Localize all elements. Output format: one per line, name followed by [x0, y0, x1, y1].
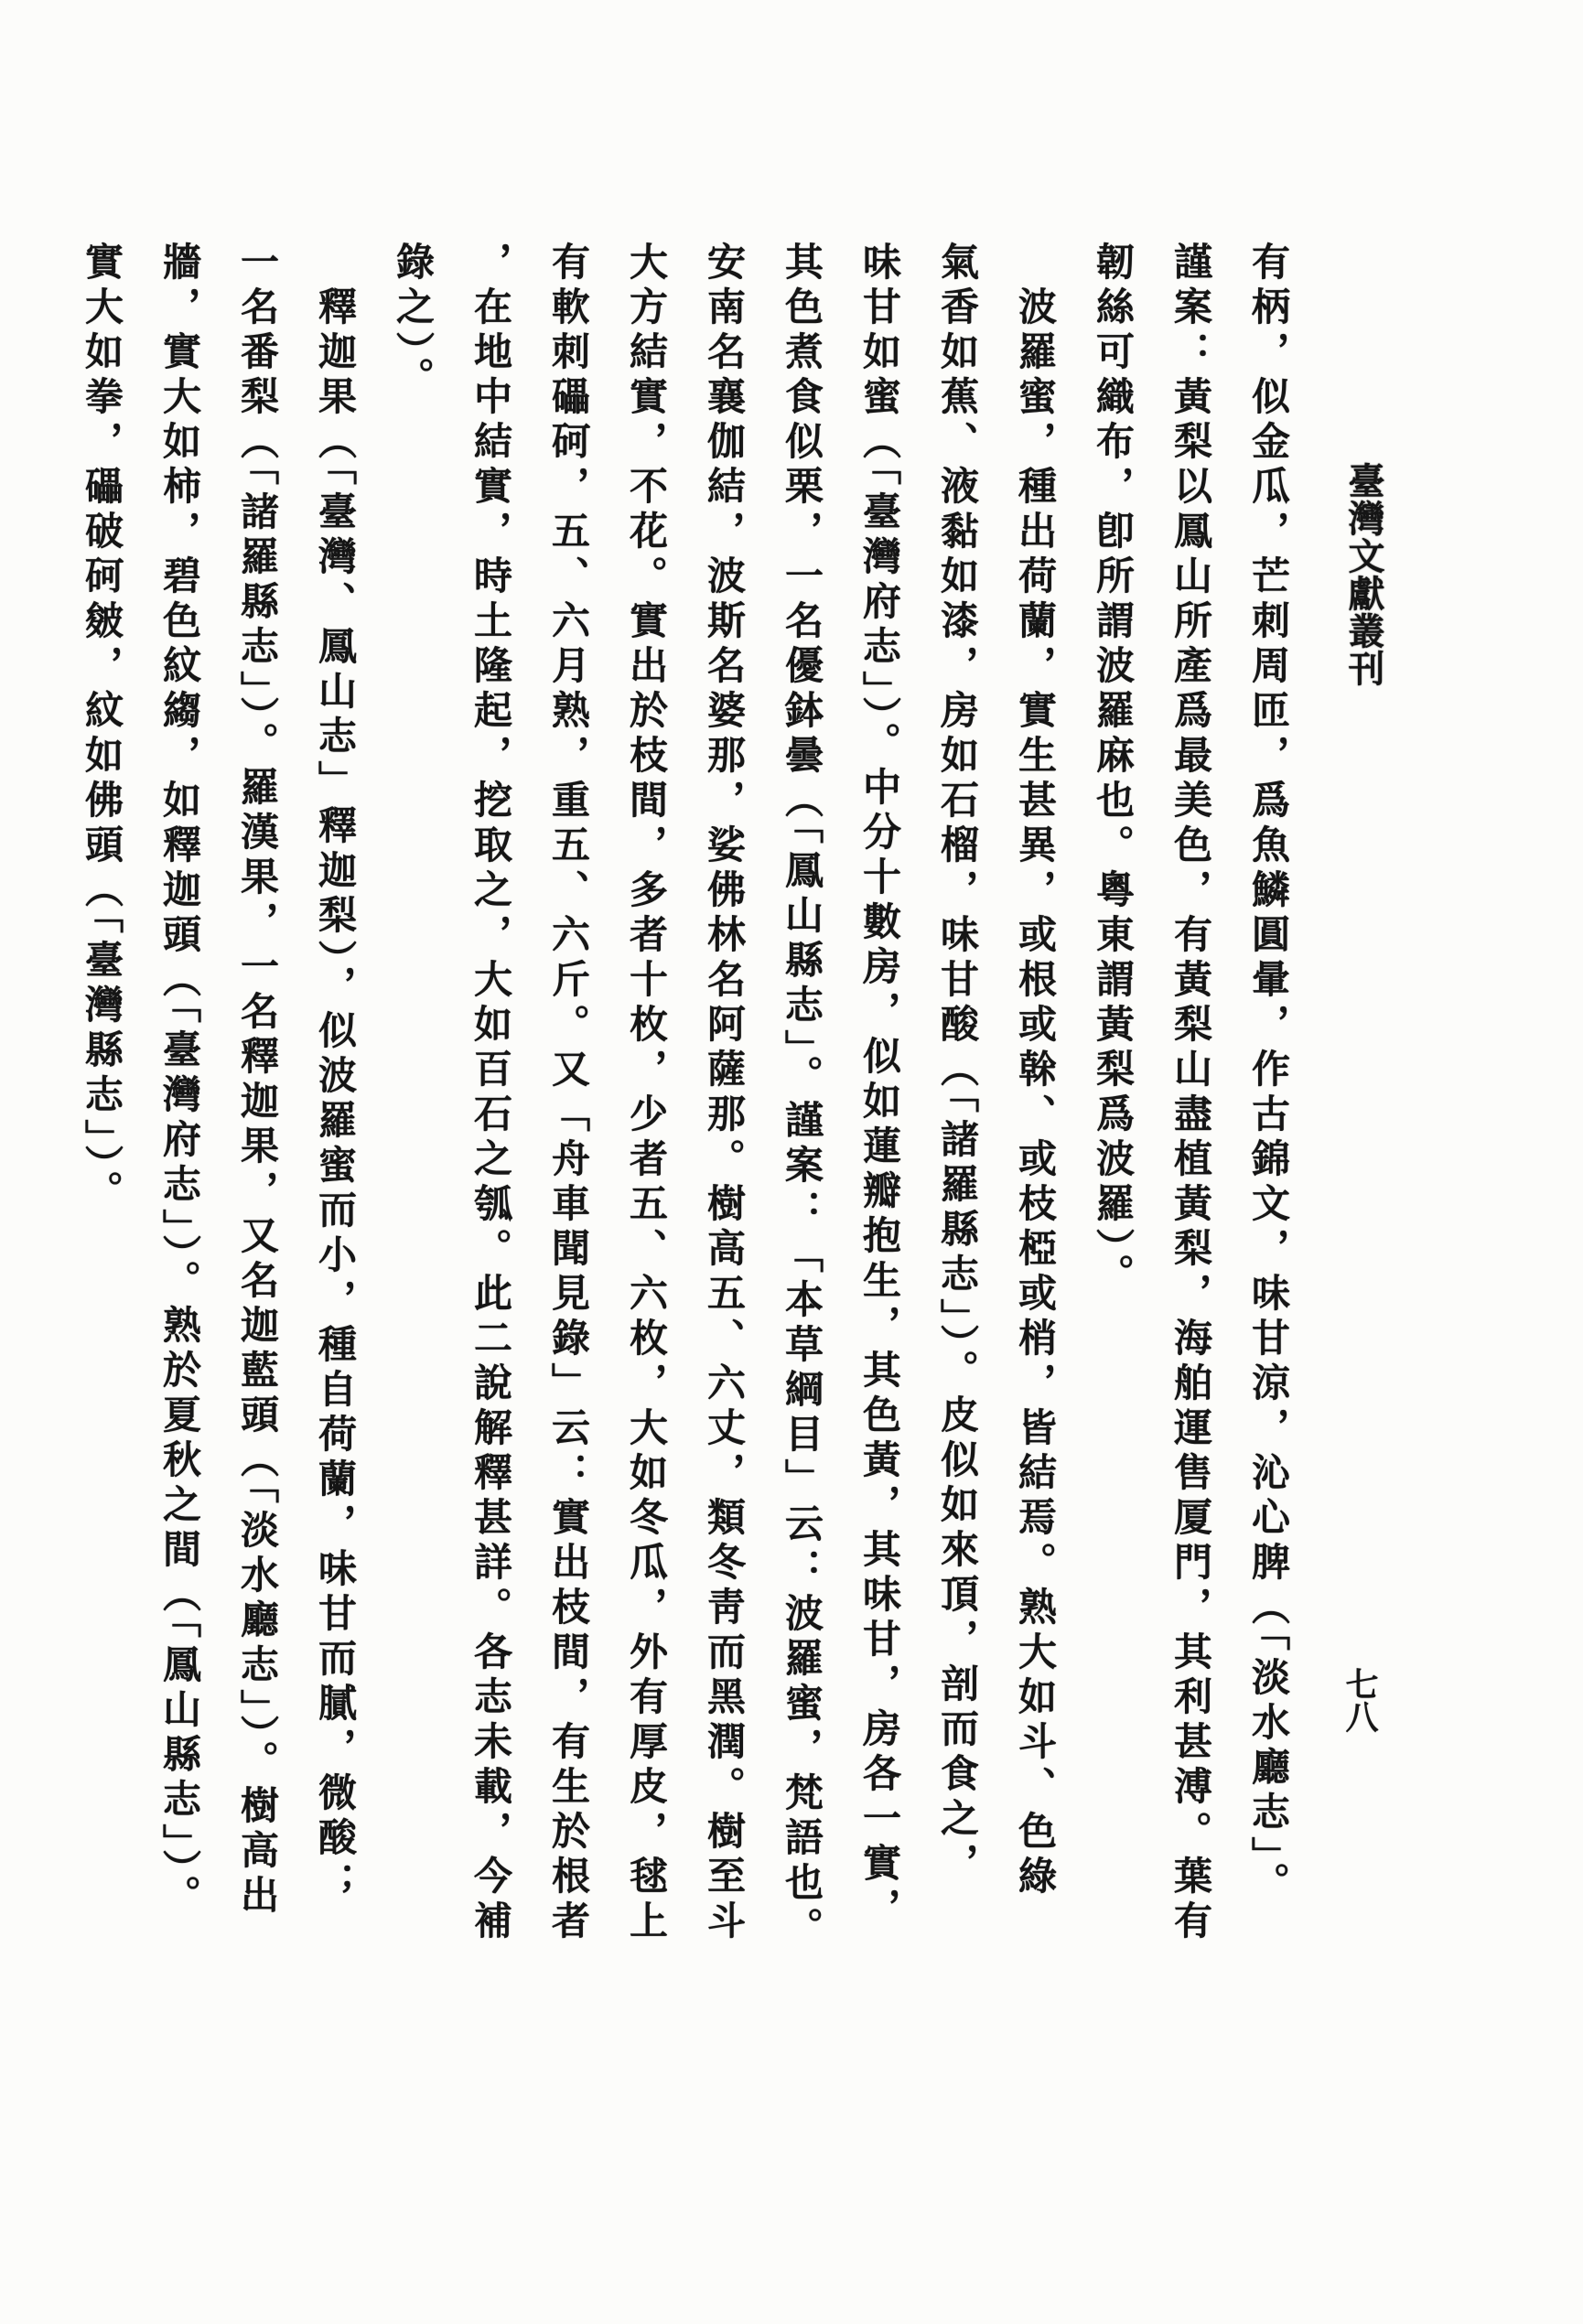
page-number: 七八 — [1334, 1667, 1385, 1733]
text-column: 有軟刺礧砢，五、六月熟，重五、六斤。又「舟車聞見錄」云：實出枝間，有生於根者 — [544, 242, 591, 1945]
text-column: 一名番梨（「諸羅縣志」）。羅漢果，一名釋迦果，又名迦藍頭（「淡水廳志」）。樹高出 — [232, 242, 280, 1920]
text-column: 謹案：黃梨以鳳山所產爲最美色，有黃梨山盡植黃梨，海舶運售厦門，其利甚溥。葉有 — [1166, 242, 1213, 1945]
text-column: 實大如拳，礧破砢皴，紋如佛頭（「臺灣縣志」）。 — [77, 242, 124, 1215]
text-column: 牆，實大如柿，碧色紋縐，如釋迦頭（「臺灣府志」）。熟於夏秋之間（「鳳山縣志」）。 — [155, 242, 202, 1920]
text-column: 韌絲可織布，卽所謂波羅麻也。粵東謂黃梨爲波羅）。 — [1088, 242, 1136, 1298]
text-column: 大方結實，不花。實出於枝間，多者十枚，少者五、六枚，大如冬瓜，外有厚皮，毬上 — [621, 242, 669, 1945]
text-column: 味甘如蜜（「臺灣府志」）。中分十數房，似如蓮瓣抱生，其色黃，其味甘，房各一實， — [855, 242, 902, 1932]
text-column: 安南名襄伽結，波斯名婆那，娑佛林名阿薩那。樹高五、六丈，類冬靑而黑潤。樹至斗 — [699, 242, 747, 1945]
text-column: 其色煮食似栗，一名優鉢曇（「鳳山縣志」。謹案：「本草綱目」云：波羅蜜，梵語也。 — [777, 242, 824, 1952]
text-column: 波羅蜜，種出荷蘭，實生甚異，或根或榦、或枝椏或梢，皆結焉。熟大如斗、色綠 — [1010, 286, 1058, 1900]
page: 臺灣文獻叢刊 七八 有柄，似金瓜，芒刺周匝，爲魚鱗圓暈，作古錦文，味甘涼，沁心脾… — [0, 0, 1583, 2324]
running-head: 臺灣文獻叢刊 — [1338, 462, 1389, 687]
text-column: 錄之）。 — [388, 242, 436, 402]
text-column: ，在地中結實，時土隆起，挖取之，大如百石之瓠。此二說解釋甚詳。各志未載，今補 — [466, 242, 513, 1945]
text-column: 釋迦果（「臺灣、鳳山志」釋迦梨），似波羅蜜而小，種自荷蘭，味甘而膩，微酸； — [310, 286, 358, 1907]
text-column: 有柄，似金瓜，芒刺周匝，爲魚鱗圓暈，作古錦文，味甘涼，沁心脾（「淡水廳志」。 — [1244, 242, 1291, 1907]
text-column: 氣香如蕉、液黏如漆，房如石榴，味甘酸（「諸羅縣志」）。皮似如來頂，剖而食之， — [932, 242, 980, 1888]
